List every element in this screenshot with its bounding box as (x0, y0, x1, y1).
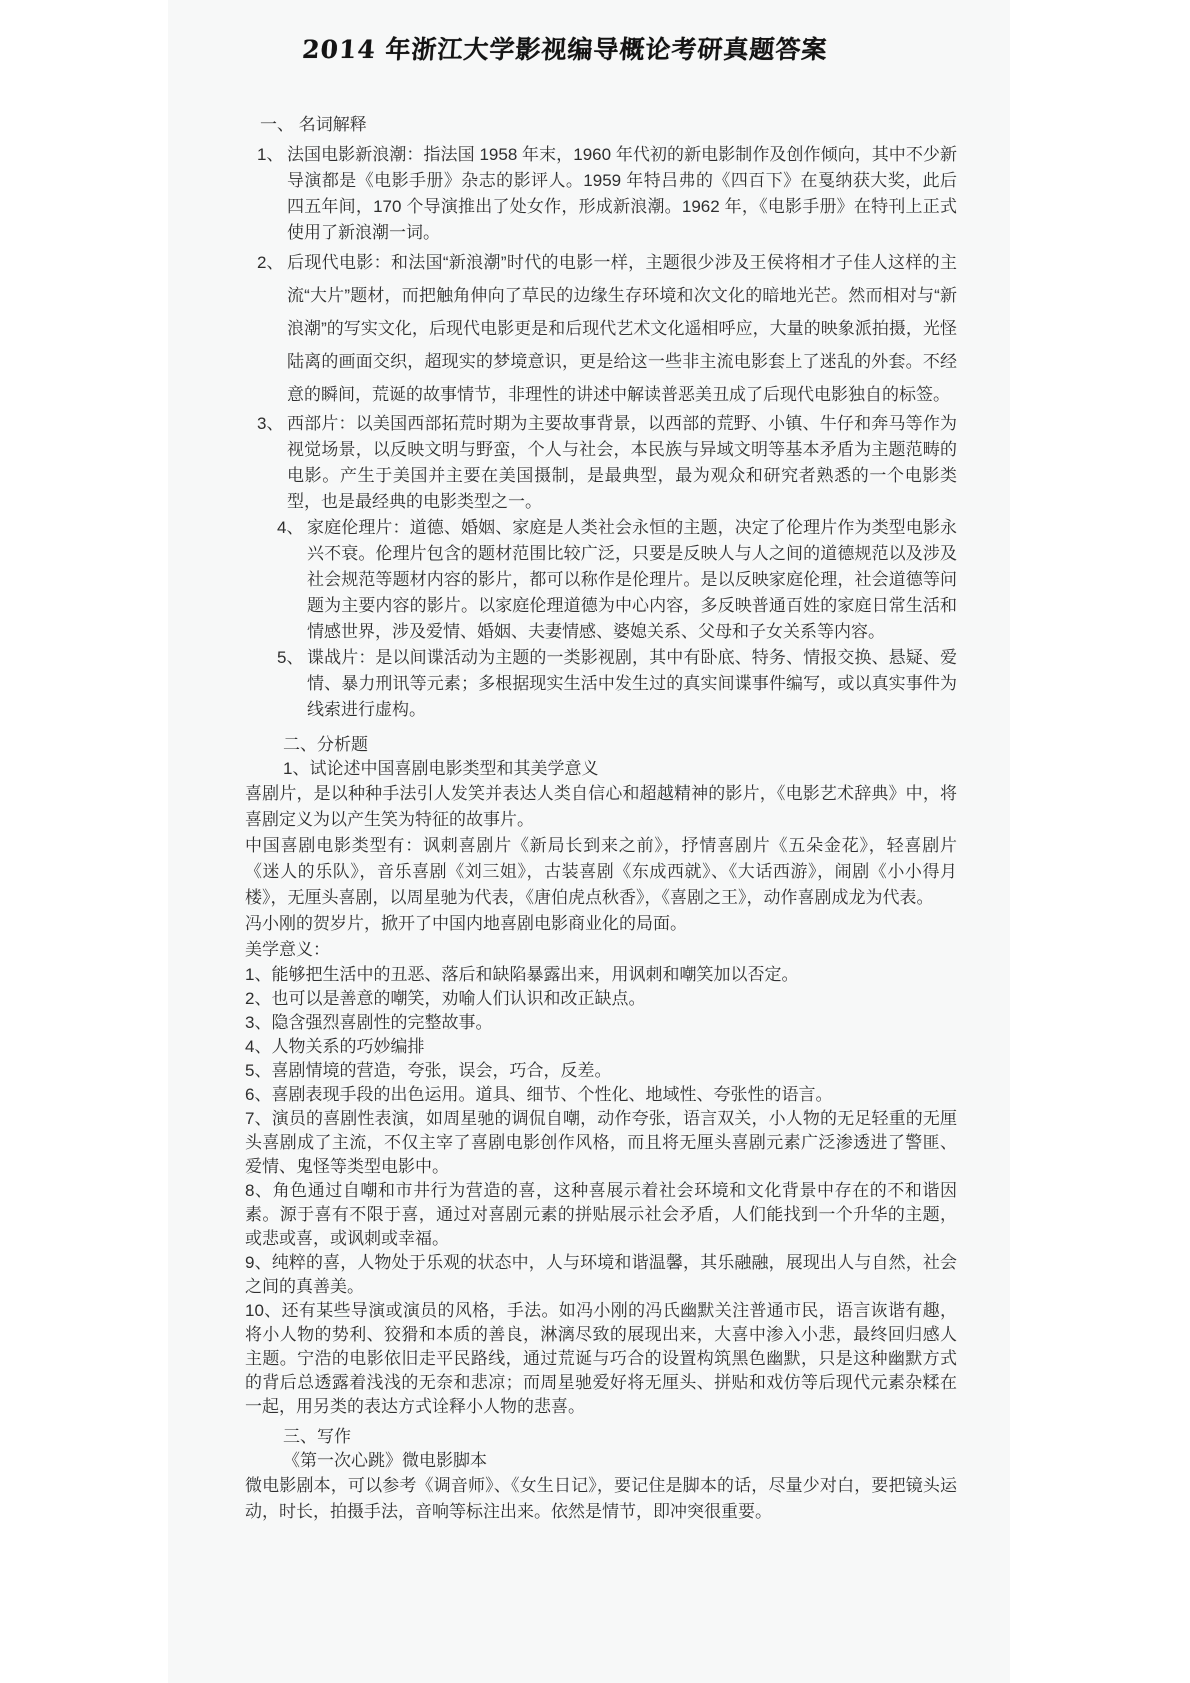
term-item-5: 5、 谍战片：是以间谍活动为主题的一类影视剧，其中有卧底、特务、情报交换、悬疑、… (277, 645, 957, 723)
aesthetic-point-9: 9、纯粹的喜，人物处于乐观的状态中，人与环境和谐温馨，其乐融融，展现出人与自然，… (245, 1251, 957, 1299)
aesthetic-point-6: 6、喜剧表现手段的出色运用。道具、细节、个性化、地域性、夸张性的语言。 (245, 1083, 957, 1107)
term-item-text: 西部片：以美国西部拓荒时期为主要故事背景，以西部的荒野、小镇、牛仔和奔马等作为视… (287, 411, 957, 515)
analysis-paragraph-4: 美学意义： (245, 937, 957, 963)
section-analysis-heading: 二、分析题 (283, 733, 957, 757)
analysis-paragraph-3: 冯小刚的贺岁片，掀开了中国内地喜剧电影商业化的局面。 (245, 911, 957, 937)
term-item-2: 2、 后现代电影：和法国“新浪潮”时代的电影一样，主题很少涉及王侯将相才子佳人这… (257, 246, 957, 411)
writing-paragraph: 微电影剧本，可以参考《调音师》、《女生日记》，要记住是脚本的话，尽量少对白，要把… (245, 1473, 957, 1525)
term-item-4: 4、 家庭伦理片：道德、婚姻、家庭是人类社会永恒的主题，决定了伦理片作为类型电影… (277, 515, 957, 645)
aesthetic-point-4: 4、人物关系的巧妙编排 (245, 1035, 957, 1059)
aesthetic-point-2: 2、也可以是善意的嘲笑，劝喻人们认识和改正缺点。 (245, 987, 957, 1011)
aesthetic-point-7: 7、演员的喜剧性表演，如周星驰的调侃自嘲，动作夸张，语言双关，小人物的无足轻重的… (245, 1107, 957, 1179)
document-page: 2014 年浙江大学影视编导概论考研真题答案 一、 名词解释 1、 法国电影新浪… (0, 0, 1190, 1683)
term-item-text: 后现代电影：和法国“新浪潮”时代的电影一样，主题很少涉及王侯将相才子佳人这样的主… (287, 246, 957, 411)
aesthetic-point-5: 5、喜剧情境的营造，夸张，误会，巧合，反差。 (245, 1059, 957, 1083)
term-item-number: 5、 (277, 645, 307, 723)
aesthetic-point-8: 8、角色通过自嘲和市井行为营造的喜，这种喜展示着社会环境和文化背景中存在的不和谐… (245, 1179, 957, 1251)
analysis-paragraph-1: 喜剧片，是以种种手法引人发笑并表达人类自信心和超越精神的影片，《电影艺术辞典》中… (245, 781, 957, 833)
aesthetic-point-1: 1、能够把生活中的丑恶、落后和缺陷暴露出来，用讽刺和嘲笑加以否定。 (245, 963, 957, 987)
aesthetic-point-10: 10、还有某些导演或演员的风格，手法。如冯小刚的冯氏幽默关注普通市民，语言诙谐有… (245, 1299, 957, 1419)
aesthetic-point-3: 3、隐含强烈喜剧性的完整故事。 (245, 1011, 957, 1035)
term-item-text: 法国电影新浪潮：指法国 1958 年末，1960 年代初的新电影制作及创作倾向，… (287, 142, 957, 246)
term-item-number: 1、 (257, 142, 287, 246)
term-item-3: 3、 西部片：以美国西部拓荒时期为主要故事背景，以西部的荒野、小镇、牛仔和奔马等… (257, 411, 957, 515)
term-item-1: 1、 法国电影新浪潮：指法国 1958 年末，1960 年代初的新电影制作及创作… (257, 142, 957, 246)
term-item-number: 3、 (257, 411, 287, 515)
term-item-number: 4、 (277, 515, 307, 645)
doc-title: 2014 年浙江大学影视编导概论考研真题答案 (244, 30, 887, 66)
term-item-number: 2、 (257, 246, 287, 411)
writing-subheading: 《第一次心跳》微电影脚本 (283, 1449, 957, 1473)
section-terms-heading: 一、 名词解释 (260, 112, 957, 138)
term-item-text: 家庭伦理片：道德、婚姻、家庭是人类社会永恒的主题，决定了伦理片作为类型电影永兴不… (307, 515, 957, 645)
term-item-text: 谍战片：是以间谍活动为主题的一类影视剧，其中有卧底、特务、情报交换、悬疑、爱情、… (307, 645, 957, 723)
analysis-question: 1、试论述中国喜剧电影类型和其美学意义 (283, 757, 957, 781)
section-writing-heading: 三、写作 (283, 1425, 957, 1449)
analysis-paragraph-2: 中国喜剧电影类型有：讽刺喜剧片《新局长到来之前》，抒情喜剧片《五朵金花》，轻喜剧… (245, 833, 957, 911)
page-content: 2014 年浙江大学影视编导概论考研真题答案 一、 名词解释 1、 法国电影新浪… (245, 30, 957, 1525)
